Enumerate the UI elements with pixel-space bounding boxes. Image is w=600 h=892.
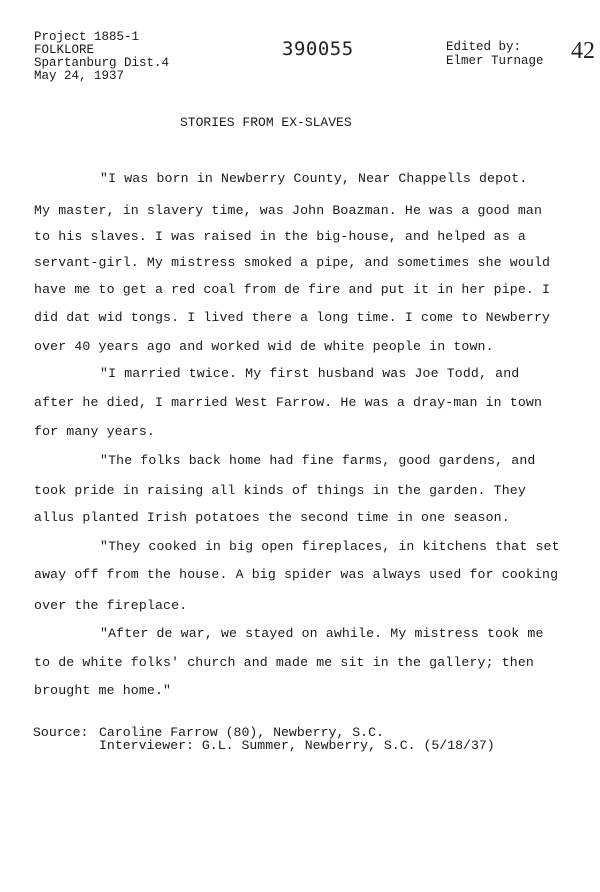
transcript-line: have me to get a red coal from de fire a… [34, 282, 550, 297]
transcript-line: My master, in slavery time, was John Boa… [34, 203, 542, 218]
transcript-line: "I married twice. My first husband was J… [100, 366, 519, 381]
transcript-line: away off from the house. A big spider wa… [34, 567, 558, 582]
transcript-line: servant-girl. My mistress smoked a pipe,… [34, 255, 550, 270]
transcript-line: did dat wid tongs. I lived there a long … [34, 310, 550, 325]
page-number: 42 [571, 38, 595, 65]
transcript-line: took pride in raising all kinds of thing… [34, 483, 526, 498]
transcript-line: after he died, I married West Farrow. He… [34, 395, 542, 410]
transcript-line: allus planted Irish potatoes the second … [34, 510, 510, 525]
transcript-line: "The folks back home had fine farms, goo… [100, 453, 535, 468]
edited-by-label: Edited by: [446, 41, 521, 54]
transcript-line: brought me home." [34, 683, 171, 698]
source-label: Source: [33, 726, 88, 740]
transcript-line: to de white folks' church and made me si… [34, 655, 534, 670]
transcript-line: "I was born in Newberry County, Near Cha… [100, 171, 527, 186]
source-interviewer: Interviewer: G.L. Summer, Newberry, S.C.… [99, 739, 495, 753]
editor-name: Elmer Turnage [446, 55, 544, 68]
document-number: 390055 [282, 38, 354, 60]
header-date: May 24, 1937 [34, 70, 124, 83]
transcript-line: "They cooked in big open fireplaces, in … [100, 539, 560, 554]
transcript-line: for many years. [34, 424, 155, 439]
document-title: STORIES FROM EX-SLAVES [180, 115, 352, 130]
transcript-line: to his slaves. I was raised in the big-h… [34, 229, 526, 244]
transcript-line: over the fireplace. [34, 598, 187, 613]
transcript-line: over 40 years ago and worked wid de whit… [34, 339, 494, 354]
transcript-line: "After de war, we stayed on awhile. My m… [100, 626, 544, 641]
